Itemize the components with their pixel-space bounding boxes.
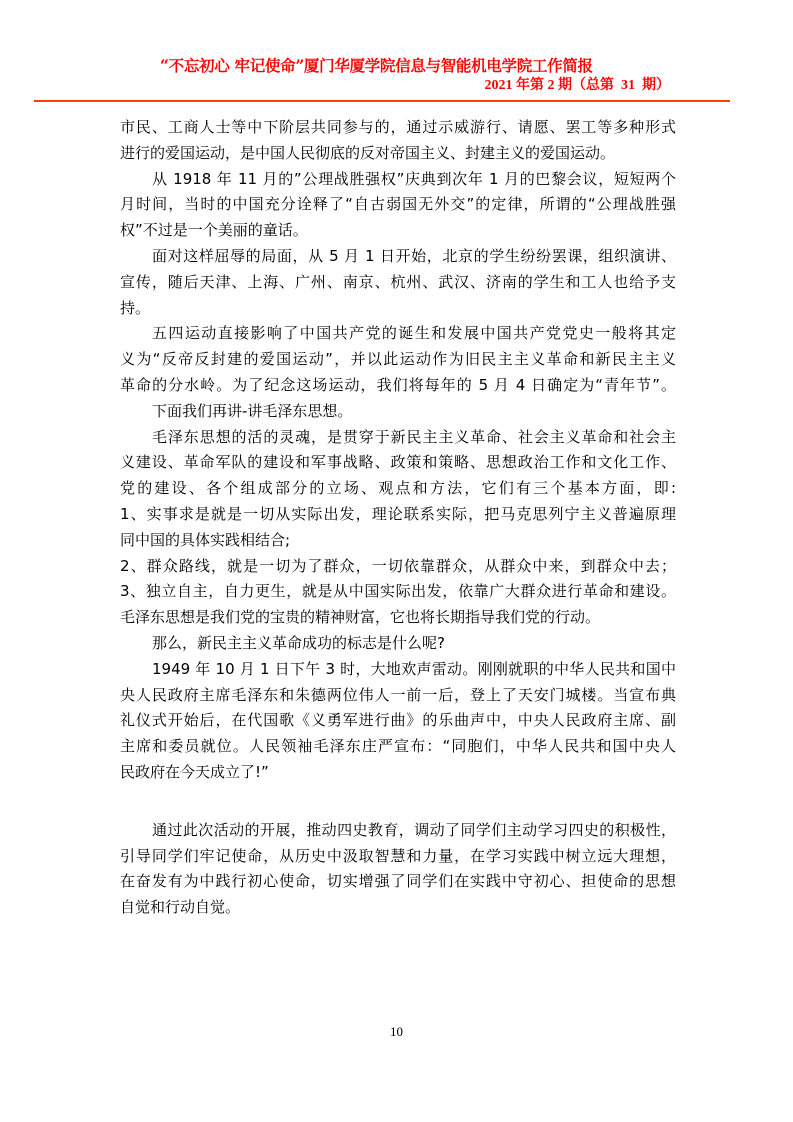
text-line: 毛泽东思想是我们党的宝贵的精神财富，它也将长期指导我们党的行动。	[120, 606, 600, 628]
text-line: 下面我们再讲-讲毛泽东思想。	[120, 400, 352, 422]
text-line: 毛泽东思想的活的灵魂，是贯穿于新民主主义革命、社会主义革命和社会主	[120, 426, 676, 448]
text-line: 自觉和行动自觉。	[120, 896, 240, 918]
text-line: 2、群众路线，就是一切为了群众，一切依靠群众，从群众中来，到群众中去；	[120, 555, 676, 577]
text-line: 宣传，随后天津、上海、广州、南京、杭州、武汉、济南的学生和工人也给予支	[120, 271, 676, 293]
text-line: 同中国的具体实践相结合;	[120, 529, 290, 551]
text-line: 市民、工商人士等中下阶层共同参与的，通过示威游行、请愿、罢工等多种形式	[120, 116, 676, 138]
text-line: 礼仪式开始后，在代国歌《义勇军进行曲》的乐曲声中，中央人民政府主席、副	[120, 709, 676, 731]
text-line: 3、独立自主，自力更生，就是从中国实际出发，依靠广大群众进行革命和建设。	[120, 580, 676, 602]
page-number: 10	[380, 1024, 413, 1040]
text-line: 革命的分水岭。为了纪念这场运动，我们将每年的 5 月 4 日确定为“青年节”。	[120, 374, 676, 396]
text-line: 从 1918 年 11 月的”公理战胜强权”庆典到次年 1 月的巴黎会议，短短两…	[120, 168, 676, 190]
text-line: 义为“反帝反封建的爱国运动”，并以此运动作为旧民主主义革命和新民主主义	[120, 348, 676, 370]
text-line: 面对这样屈辱的局面，从 5 月 1 日开始，北京的学生纷纷罢课，组织演讲、	[120, 245, 676, 267]
text-line: 民政府在今天成立了!”	[120, 761, 269, 783]
issue-number: 2021 年第 2 期（总第 31 期）	[480, 77, 670, 94]
text-line: 权”不过是一个美丽的童话。	[120, 219, 308, 241]
text-line: 五四运动直接影响了中国共产党的诞生和发展中国共产党党史一般将其定	[120, 322, 676, 344]
text-line: 1、实事求是就是一切从实际出发，理论联系实际，把马克思列宁主义普遍原理	[120, 503, 676, 525]
text-line: 进行的爱国运动，是中国人民彻底的反对帝国主义、封建主义的爱国运动。	[120, 142, 615, 164]
text-line: 那么，新民主主义革命成功的标志是什么呢?	[120, 632, 445, 654]
text-line: 引导同学们牢记使命，从历史中汲取智慧和力量，在学习实践中树立远大理想，	[120, 845, 676, 867]
text-line: 义建设、革命军队的建设和军事战略、政策和策略、思想政治工作和文化工作、	[120, 451, 676, 473]
header-divider	[34, 100, 730, 102]
text-line: 央人民政府主席毛泽东和朱德两位伟人一前一后，登上了天安门城楼。当宣布典	[120, 684, 676, 706]
text-line: 持。	[120, 297, 150, 319]
text-line: 主席和委员就位。人民领袖毛泽东庄严宣布：“同胞们，中华人民共和国中央人	[120, 735, 676, 757]
text-line: 党的建设、各个组成部分的立场、观点和方法，它们有三个基本方面，即:	[120, 477, 676, 499]
text-line: 在奋发有为中践行初心使命，切实增强了同学们在实践中守初心、担使命的思想	[120, 870, 676, 892]
text-line: 月时间，当时的中国充分诠释了“自古弱国无外交”的定律，所谓的“公理战胜强	[120, 193, 676, 215]
text-line: 1949 年 10 月 1 日下午 3 时，大地欢声雷动。刚刚就职的中华人民共和…	[120, 658, 676, 680]
newsletter-title: “不忘初心 牢记使命”厦门华厦学院信息与智能机电学院工作简报	[160, 56, 640, 76]
document-page: “不忘初心 牢记使命”厦门华厦学院信息与智能机电学院工作简报 2021 年第 2…	[0, 0, 793, 1122]
text-line: 通过此次活动的开展，推动四史教育，调动了同学们主动学习四史的积极性，	[120, 819, 676, 841]
